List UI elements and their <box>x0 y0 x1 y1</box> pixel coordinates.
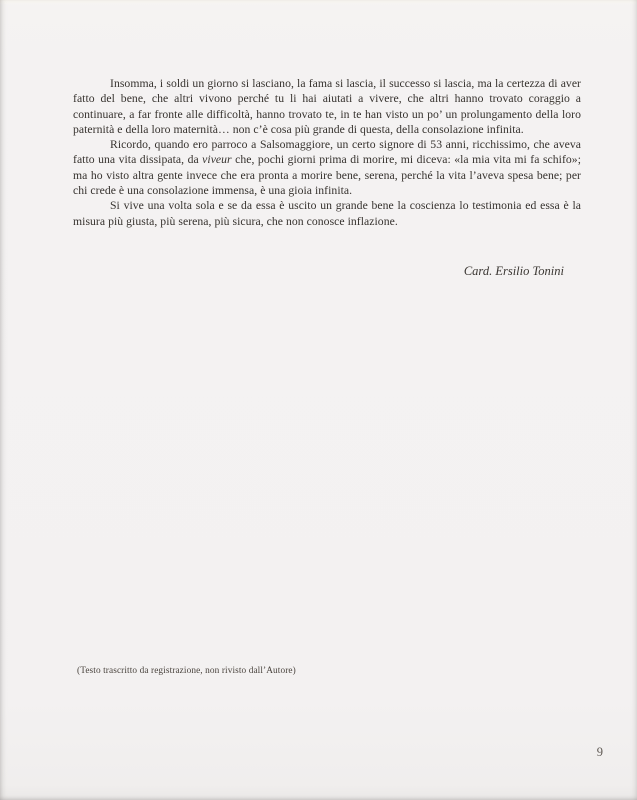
paragraph-3: Si vive una volta sola e se da essa è us… <box>73 198 581 229</box>
viveur-italic-word: viveur <box>202 153 232 166</box>
text-block: Insomma, i soldi un giorno si lasciano, … <box>73 76 581 229</box>
paragraph-1: Insomma, i soldi un giorno si lasciano, … <box>73 76 581 137</box>
scanned-page: Insomma, i soldi un giorno si lasciano, … <box>0 0 637 800</box>
page-number: 9 <box>597 745 603 760</box>
footnote: (Testo trascritto da registrazione, non … <box>77 666 296 676</box>
author-signature: Card. Ersilio Tonini <box>73 264 564 279</box>
paragraph-2: Ricordo, quando ero parroco a Salsomaggi… <box>73 137 581 198</box>
